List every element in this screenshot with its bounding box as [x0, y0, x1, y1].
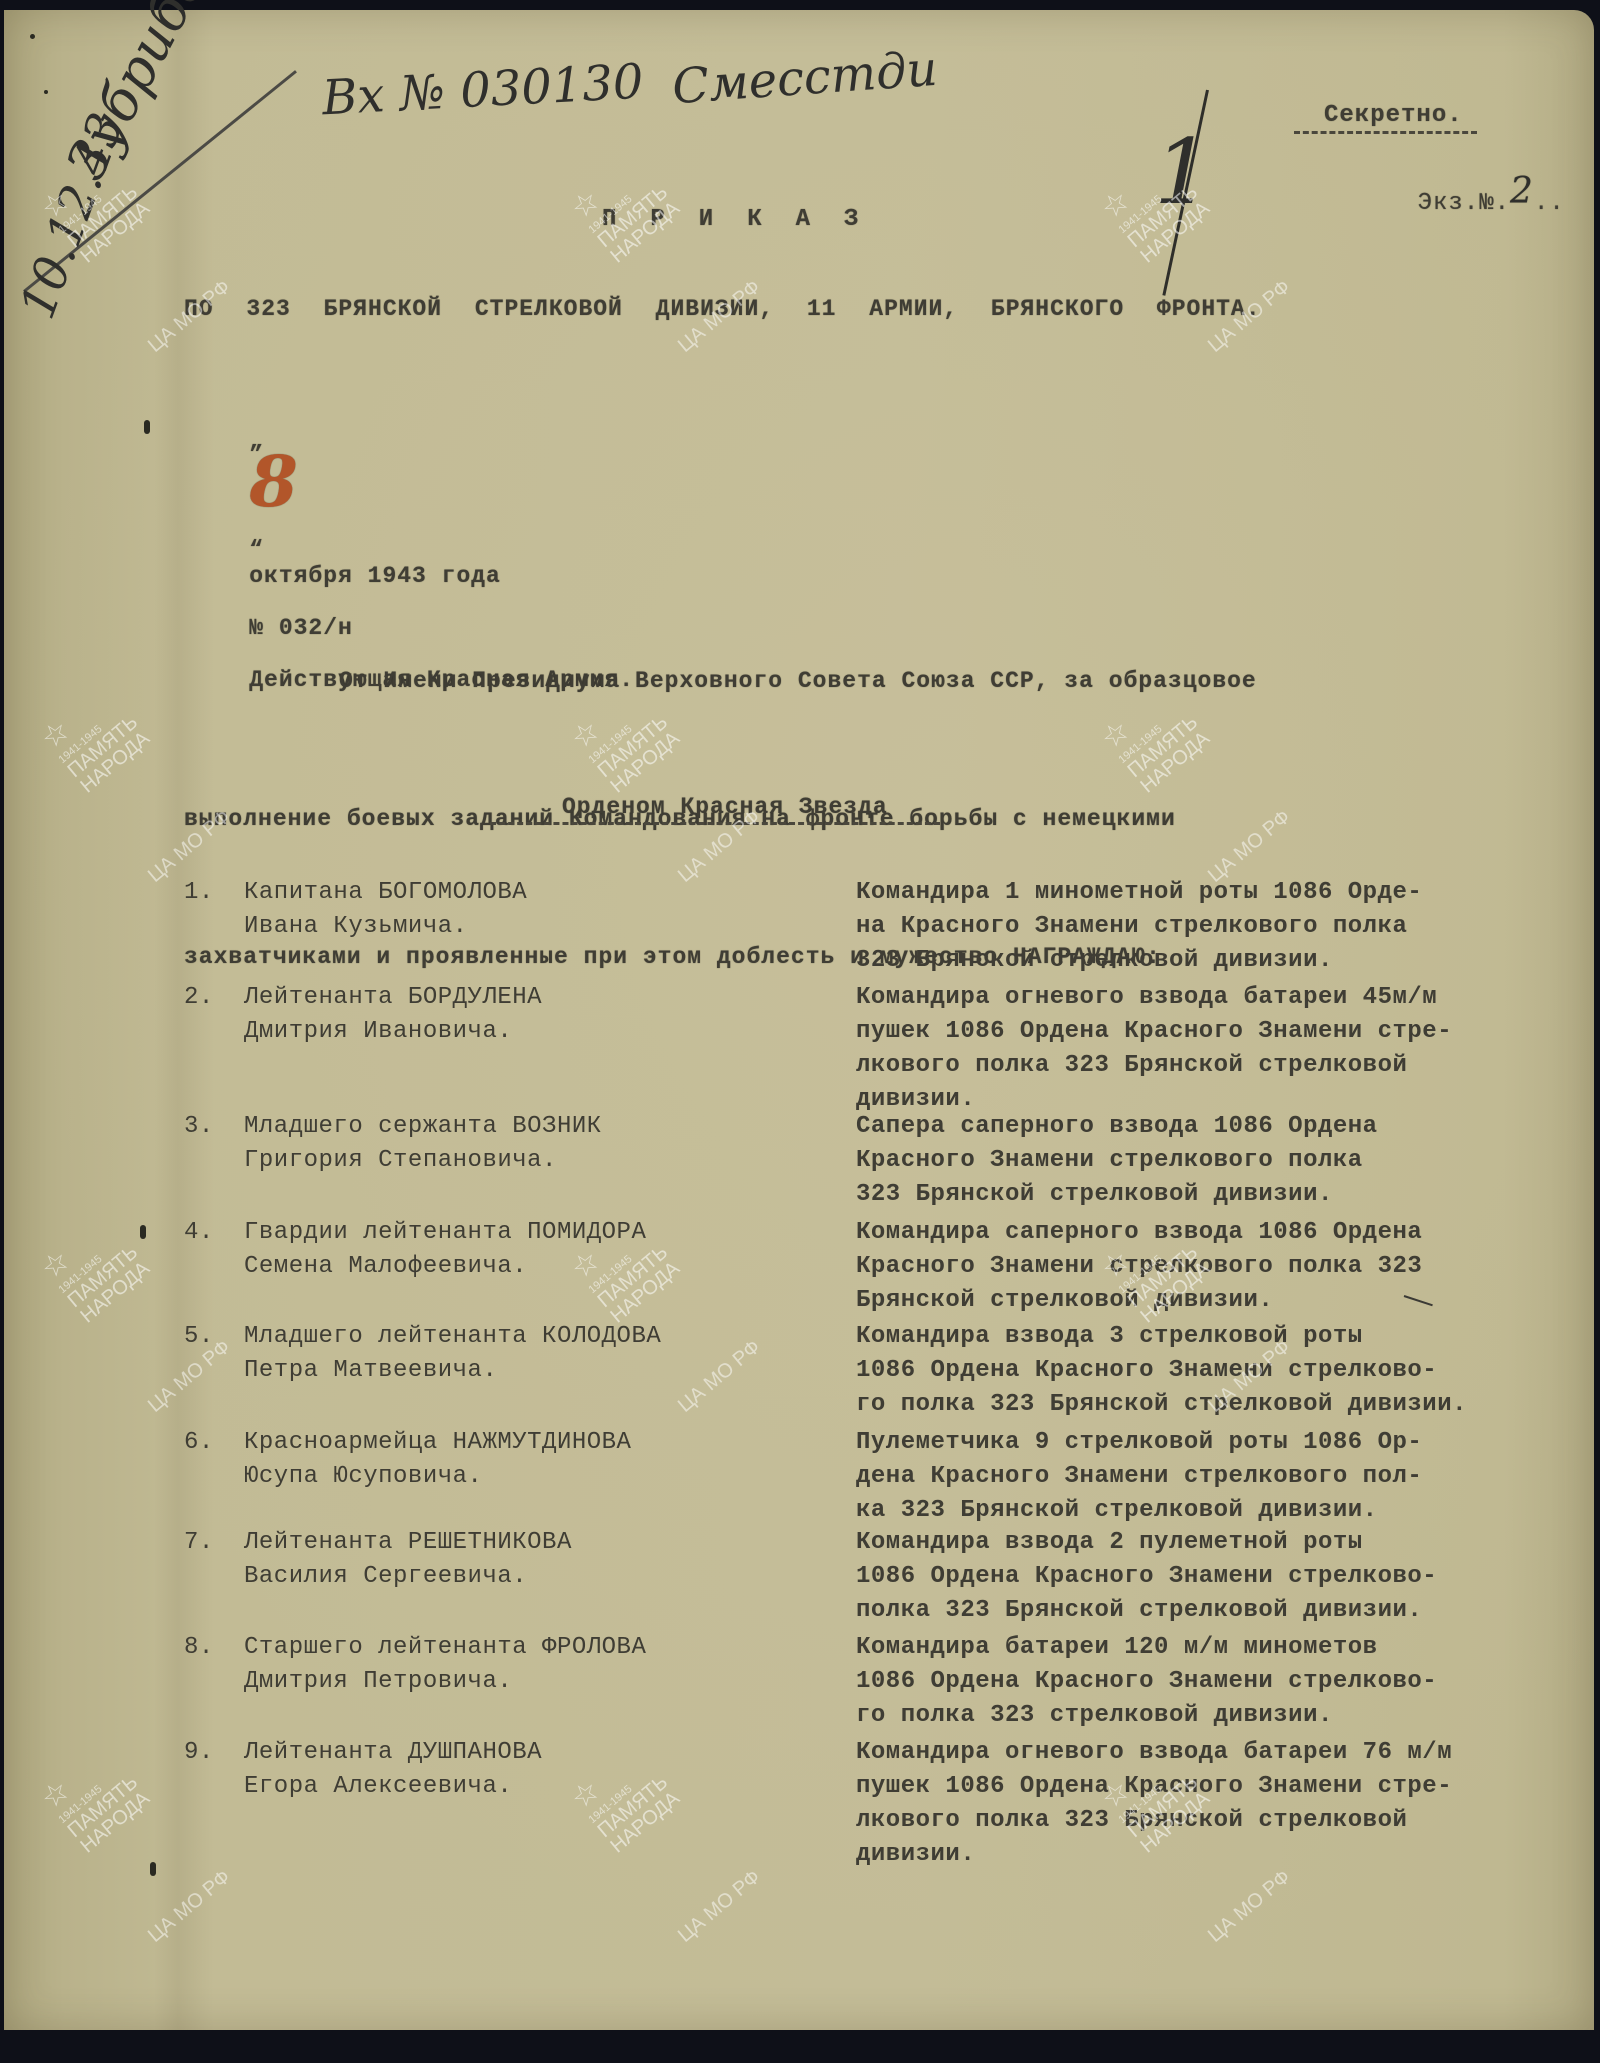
- awardee-name: 3.Младшего сержанта ВОЗНИКГригория Степа…: [184, 1110, 824, 1178]
- unit-line: ПО 323 БРЯНСКОЙ СТРЕЛКОВОЙ ДИВИЗИИ, 11 А…: [184, 296, 1261, 322]
- awardee-position-line: го полка 323 стрелковой дивизии.: [856, 1699, 1596, 1733]
- awardee-name-line: Василия Сергеевича.: [184, 1560, 824, 1594]
- awardee-position-line: Командира взвода 3 стрелковой роты: [856, 1320, 1596, 1354]
- awardee-number: 5.: [184, 1320, 214, 1354]
- awardee-position: Командира взвода 3 стрелковой роты1086 О…: [856, 1320, 1596, 1422]
- binding-hole: [44, 90, 48, 94]
- awardee-position: Командира огневого взвода батареи 76 м/м…: [856, 1736, 1596, 1872]
- archive-watermark: ЦА МО РФ: [1204, 1866, 1295, 1948]
- preamble-line: От Имени Президиума Верховного Совета Со…: [184, 658, 1257, 704]
- awardee-name-line: Лейтенанта РЕШЕТНИКОВА: [184, 1526, 824, 1560]
- copy-number-suffix: ..: [1534, 190, 1565, 217]
- awardee-name-line: Старшего лейтенанта ФРОЛОВА: [184, 1631, 824, 1665]
- pamyat-naroda-watermark: ☆1941-1945ПАМЯТЬНАРОДА: [34, 1736, 154, 1857]
- awardee-name-line: Дмитрия Петровича.: [184, 1665, 824, 1699]
- copy-number-label: Экз.№.2..: [1356, 150, 1565, 245]
- awardee-position-line: Командира огневого взвода батареи 45м/м: [856, 981, 1596, 1015]
- awardee-position-line: Пулеметчика 9 стрелковой роты 1086 Ор-: [856, 1426, 1596, 1460]
- awardee-position: Сапера саперного взвода 1086 ОрденаКрасн…: [856, 1110, 1596, 1212]
- awardee-number: 8.: [184, 1631, 214, 1665]
- awardee-position-line: Брянской стрелковой дивизии.: [856, 1284, 1596, 1318]
- awardee-name-line: Гвардии лейтенанта ПОМИДОРА: [184, 1216, 824, 1250]
- awardee-position-line: 323 Брянской стрелковой дивизии.: [856, 944, 1596, 978]
- awardee-name: 5.Младшего лейтенанта КОЛОДОВАПетра Матв…: [184, 1320, 824, 1388]
- binding-hole: [150, 1862, 156, 1876]
- pamyat-naroda-watermark: ☆1941-1945ПАМЯТЬНАРОДА: [34, 676, 154, 797]
- awardee-position-line: лкового полка 323 Брянской стрелковой: [856, 1804, 1596, 1838]
- awardee-position-line: дена Красного Знамени стрелкового пол-: [856, 1460, 1596, 1494]
- binding-hole: [140, 1225, 146, 1239]
- awardee-position-line: Командира огневого взвода батареи 76 м/м: [856, 1736, 1596, 1770]
- awardee-position-line: 1086 Ордена Красного Знамени стрелково-: [856, 1665, 1596, 1699]
- date-close-quote: “: [249, 537, 264, 563]
- awardee-name: 7.Лейтенанта РЕШЕТНИКОВАВасилия Сергееви…: [184, 1526, 824, 1594]
- awardee-number: 4.: [184, 1216, 214, 1250]
- classification-label: Секретно.: [1294, 102, 1477, 134]
- awardee-name-line: Ивана Кузьмича.: [184, 910, 824, 944]
- awardee-number: 2.: [184, 981, 214, 1015]
- awardee-position-line: полка 323 Брянской стрелковой дивизии.: [856, 1594, 1596, 1628]
- awardee-position-line: 1086 Ордена Красного Знамени стрелково-: [856, 1560, 1596, 1594]
- handwritten-signature: Смесстди: [670, 41, 939, 115]
- awardee-position: Командира огневого взвода батареи 45м/мп…: [856, 981, 1596, 1117]
- awardee-position-line: Красного Знамени стрелкового полка: [856, 1144, 1596, 1178]
- awardee-position-line: Командира 1 минометной роты 1086 Орде-: [856, 876, 1596, 910]
- awardee-number: 1.: [184, 876, 214, 910]
- awardee-name: 6.Красноармейца НАЖМУТДИНОВАЮсупа Юсупов…: [184, 1426, 824, 1494]
- awardee-position-line: Красного Знамени стрелкового полка 323: [856, 1250, 1596, 1284]
- awardee-position-line: дивизии.: [856, 1838, 1596, 1872]
- awardee-number: 3.: [184, 1110, 214, 1144]
- awardee-name-line: Лейтенанта ДУШПАНОВА: [184, 1736, 824, 1770]
- archive-watermark: ЦА МО РФ: [674, 1866, 765, 1948]
- awardee-name-line: Дмитрия Ивановича.: [184, 1015, 824, 1049]
- copy-number-handwritten: 2: [1510, 171, 1534, 212]
- awardee-name: 1.Капитана БОГОМОЛОВАИвана Кузьмича.: [184, 876, 824, 944]
- awardee-position-line: 1086 Ордена Красного Знамени стрелково-: [856, 1354, 1596, 1388]
- date-day-handwritten: 8: [249, 440, 299, 523]
- awardee-name: 8.Старшего лейтенанта ФРОЛОВАДмитрия Пет…: [184, 1631, 824, 1699]
- awardee-position-line: Командира взвода 2 пулеметной роты: [856, 1526, 1596, 1560]
- copy-number-prefix: Экз.№.: [1418, 190, 1510, 217]
- awardee-name-line: Капитана БОГОМОЛОВА: [184, 876, 824, 910]
- awardee-position-line: пушек 1086 Ордена Красного Знамени стре-: [856, 1770, 1596, 1804]
- document-title: ПРИКАЗ: [602, 206, 892, 233]
- awardee-position: Командира саперного взвода 1086 ОрденаКр…: [856, 1216, 1596, 1318]
- awardee-position-line: лкового полка 323 Брянской стрелковой: [856, 1049, 1596, 1083]
- awardee-position: Командира 1 минометной роты 1086 Орде-на…: [856, 876, 1596, 978]
- awardee-name-line: Семена Малофеевича.: [184, 1250, 824, 1284]
- awardee-number: 6.: [184, 1426, 214, 1460]
- awardee-name: 9.Лейтенанта ДУШПАНОВАЕгора Алексеевича.: [184, 1736, 824, 1804]
- awardee-position-line: Командира саперного взвода 1086 Ордена: [856, 1216, 1596, 1250]
- binding-hole: [30, 34, 35, 39]
- binding-hole: [144, 420, 150, 434]
- handwritten-incoming-number: Вх № 030130: [321, 54, 645, 127]
- awardee-name-line: Младшего сержанта ВОЗНИК: [184, 1110, 824, 1144]
- awardee-name: 2.Лейтенанта БОРДУЛЕНАДмитрия Ивановича.: [184, 981, 824, 1049]
- awardee-name-line: Егора Алексеевича.: [184, 1770, 824, 1804]
- awardee-name-line: Лейтенанта БОРДУЛЕНА: [184, 981, 824, 1015]
- awardee-name-line: Красноармейца НАЖМУТДИНОВА: [184, 1426, 824, 1460]
- awardee-number: 7.: [184, 1526, 214, 1560]
- awardee-name-line: Младшего лейтенанта КОЛОДОВА: [184, 1320, 824, 1354]
- awardee-name-line: Петра Матвеевича.: [184, 1354, 824, 1388]
- awardee-position-line: Сапера саперного взвода 1086 Ордена: [856, 1110, 1596, 1144]
- awardee-position-line: на Красного Знамени стрелкового полка: [856, 910, 1596, 944]
- pamyat-naroda-watermark: ☆1941-1945ПАМЯТЬНАРОДА: [34, 1206, 154, 1327]
- awardee-name: 4.Гвардии лейтенанта ПОМИДОРАСемена Мало…: [184, 1216, 824, 1284]
- awardee-position-line: пушек 1086 Ордена Красного Знамени стре-: [856, 1015, 1596, 1049]
- awardee-position: Командира батареи 120 м/м минометов1086 …: [856, 1631, 1596, 1733]
- awardee-position-line: го полка 323 Брянской стрелковой дивизии…: [856, 1388, 1596, 1422]
- awardee-number: 9.: [184, 1736, 214, 1770]
- awardee-position: Пулеметчика 9 стрелковой роты 1086 Ор-де…: [856, 1426, 1596, 1528]
- awardee-position-line: 323 Брянской стрелковой дивизии.: [856, 1178, 1596, 1212]
- award-heading: Орденом Красная Звезда: [490, 794, 940, 825]
- awardee-position: Командира взвода 2 пулеметной роты1086 О…: [856, 1526, 1596, 1628]
- document-page: Зубрибор 10.12.43 Вх № 030130 Смесстди 1…: [4, 10, 1594, 2030]
- handwritten-sheet-number: 1: [1154, 120, 1211, 225]
- awardee-name-line: Григория Степановича.: [184, 1144, 824, 1178]
- awardee-name-line: Юсупа Юсуповича.: [184, 1460, 824, 1494]
- awardee-position-line: Командира батареи 120 м/м минометов: [856, 1631, 1596, 1665]
- awardee-position-line: ка 323 Брянской стрелковой дивизии.: [856, 1494, 1596, 1528]
